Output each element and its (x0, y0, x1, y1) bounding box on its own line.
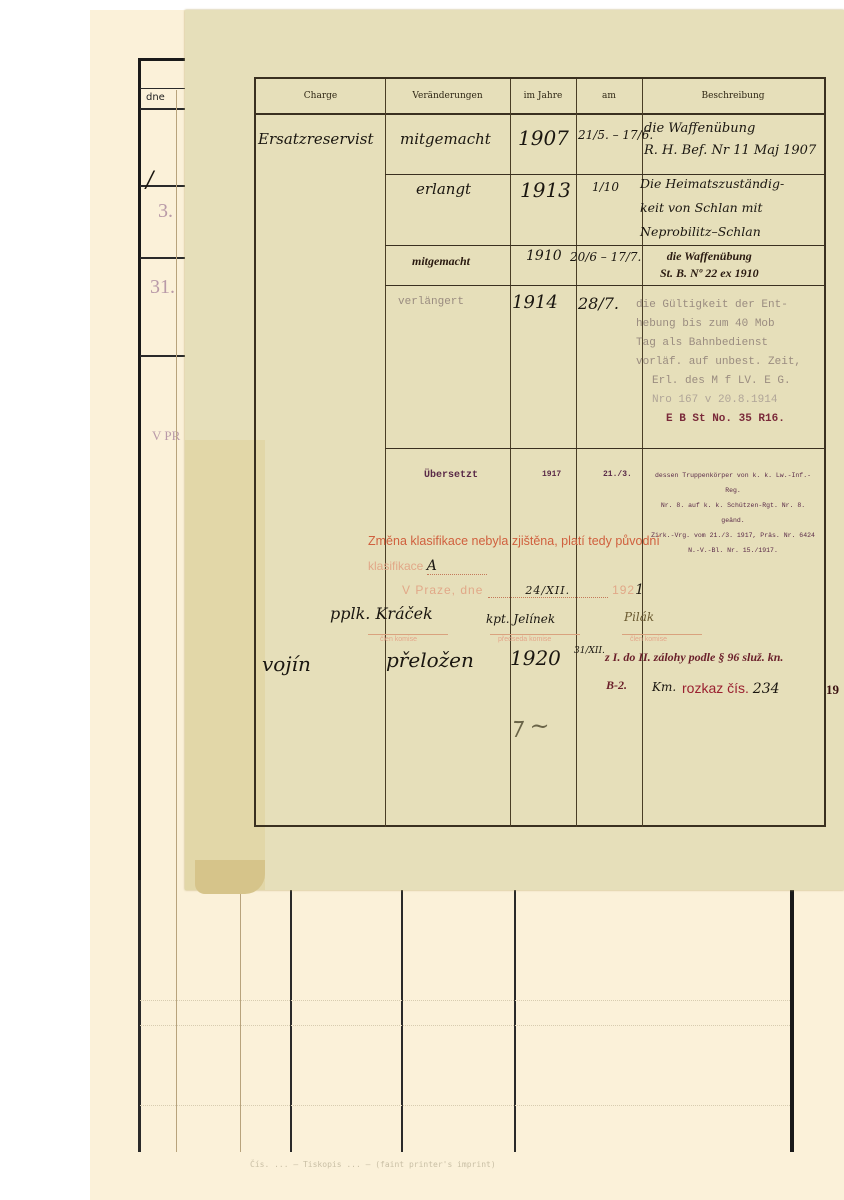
row2-date: 1/10 (592, 180, 619, 194)
last-row-order-number: 234 (753, 681, 780, 697)
row-divider (385, 448, 824, 449)
signature-line (490, 634, 580, 635)
row1-change: mitgemacht (400, 130, 491, 148)
row3-description: die Waffenübung St. B. Nº 22 ex 1910 (660, 248, 759, 282)
underlying-column-line (401, 880, 403, 1152)
row5-year: 1917 (542, 470, 561, 479)
sig-label-member-2: člen komise (630, 636, 667, 643)
underlying-row-line (140, 355, 190, 357)
column-divider (385, 79, 386, 827)
last-row-change: přeložen (386, 648, 474, 672)
classification-place-date: V Praze, dne 24/XII. 1921 (402, 582, 645, 598)
row4-description: die Gültigkeit der Ent- hebung bis zum 4… (636, 296, 801, 429)
initials-scribble: ⁊ ~ (510, 712, 550, 740)
underlying-stamp-2: 31. (150, 276, 175, 299)
row2-change: erlangt (416, 180, 471, 198)
underlying-faint-rule (140, 1000, 790, 1001)
underlying-column-line (290, 880, 292, 1152)
last-row-charge: vojín (262, 652, 311, 676)
row4-date: 28/7. (578, 294, 619, 313)
header-year: im Jahre (510, 79, 576, 115)
underlying-faint-rule (140, 1105, 790, 1106)
classification-year-suffix: 1 (635, 582, 645, 598)
header-changes: Veränderungen (385, 79, 510, 115)
signature-member-1: pplk. Kráček (330, 604, 433, 623)
last-row-order-prefix: Km. (652, 680, 676, 694)
last-row-year: 1920 (510, 646, 561, 670)
row-divider (385, 245, 824, 246)
header-description: Beschreibung (642, 79, 824, 115)
underlying-column-line (514, 880, 516, 1152)
row-divider (385, 285, 824, 286)
row4-year: 1914 (512, 292, 558, 313)
row1-charge: Ersatzreservist (258, 130, 373, 148)
classification-label: klasifikace A (368, 558, 487, 575)
row1-description: die Waffenübung R. H. Bef. Nr 11 Maj 190… (644, 118, 816, 162)
underlying-header-line (140, 108, 190, 110)
last-row-order-suffix: 19 (826, 682, 839, 698)
last-row-order: rozkaz čís. 234 (682, 680, 780, 697)
underlying-column-line (176, 90, 177, 1152)
underlying-stamp-1: 3. (158, 200, 173, 223)
classification-line: Změna klasifikace nebyla zjištěna, platí… (368, 534, 660, 548)
row2-year: 1913 (520, 178, 571, 202)
row5-date: 21./3. (603, 470, 632, 479)
row3-year: 1910 (526, 248, 562, 264)
row5-change: Übersetzt (424, 470, 478, 481)
underlying-faint-rule (140, 1025, 790, 1026)
underlying-column-line (240, 880, 241, 1152)
header-charge: Charge (256, 79, 385, 115)
row1-date: 21/5. – 17/6. (578, 128, 653, 142)
row5-description: dessen Truppenkörper von k. k. Lw.-Inf.-… (648, 468, 818, 558)
underlying-frame-right (790, 880, 794, 1152)
signature-line (622, 634, 702, 635)
signature-line (368, 634, 448, 635)
underlying-handwritten-mark: / (146, 168, 153, 193)
overlay-stain (195, 860, 265, 894)
classification-date-value: 24/XII. (525, 584, 570, 597)
header-date: am (576, 79, 642, 115)
column-divider (576, 79, 577, 827)
last-row-date: 31/XII. (574, 646, 605, 656)
underlying-footer-imprint: Čís. ... — Tiskopis ... — (faint printer… (250, 1160, 496, 1169)
underlying-row-line (140, 257, 190, 259)
underlying-header-dne: dne (146, 92, 165, 103)
row3-change: mitgemacht (412, 254, 470, 269)
underlying-header-line (140, 88, 190, 89)
overlay-torn-edge (185, 440, 265, 890)
sig-label-chairman: předseda komise (498, 636, 551, 643)
row2-description: Die Heimatszuständig- keit von Schlan mi… (640, 172, 784, 244)
last-row-description: z I. do II. zálohy podle § 96 služ. kn. (605, 650, 783, 665)
signature-member-2: Pilák (624, 610, 654, 624)
last-row-stamp-code: B-2. (606, 678, 627, 693)
underlying-column-line (138, 880, 141, 1152)
sig-label-member-1: člen komise (380, 636, 417, 643)
row3-date: 20/6 – 17/7. (570, 250, 641, 264)
classification-value: A (427, 558, 437, 574)
signature-chairman: kpt. Jelínek (486, 612, 555, 626)
row4-change: verlängert (398, 296, 464, 308)
row1-year: 1907 (518, 126, 569, 150)
